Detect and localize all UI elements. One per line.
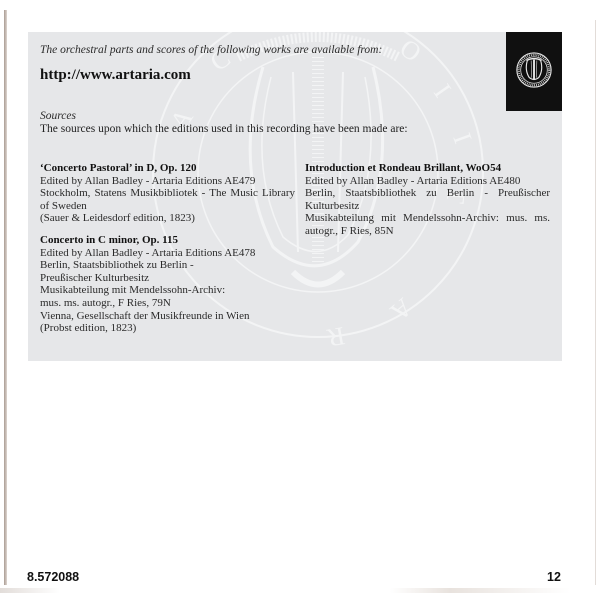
publisher-logo <box>506 32 562 111</box>
svg-text:I: I <box>447 129 477 147</box>
sources-description: The sources upon which the editions used… <box>40 123 408 135</box>
work-source-line: Vienna, Gesellschaft der Musikfreunde in… <box>40 310 295 323</box>
work-entry: Introduction et Rondeau Brillant, WoO54E… <box>305 162 550 238</box>
work-entry: Concerto in C minor, Op. 115Edited by Al… <box>40 234 295 335</box>
publisher-url-link[interactable]: http://www.artaria.com <box>40 67 191 84</box>
page-edge-left <box>4 10 7 585</box>
work-title: Concerto in C minor, Op. 115 <box>40 234 295 247</box>
sources-heading: Sources <box>40 110 76 122</box>
works-column-left: ‘Concerto Pastoral’ in D, Op. 120Edited … <box>40 162 295 344</box>
page-edge-right <box>595 20 596 585</box>
work-source-line: Berlin, Staatsbibliothek zu Berlin - Pre… <box>305 187 550 212</box>
work-source-line: (Probst edition, 1823) <box>40 322 295 335</box>
work-source-line: Edited by Allan Badley - Artaria Edition… <box>305 175 550 188</box>
work-source-line: Edited by Allan Badley - Artaria Edition… <box>40 175 295 188</box>
work-title: ‘Concerto Pastoral’ in D, Op. 120 <box>40 162 295 175</box>
works-column-right: Introduction et Rondeau Brillant, WoO54E… <box>305 162 550 247</box>
work-source-line: Musikabteilung mit Mendelssohn-Archiv: m… <box>305 212 550 237</box>
work-source-line: Edited by Allan Badley - Artaria Edition… <box>40 247 295 260</box>
work-source-line: mus. ms. autogr., F Ries, 79N <box>40 297 295 310</box>
work-source-line: (Sauer & Leidesdorf edition, 1823) <box>40 212 295 225</box>
catalog-number: 8.572088 <box>27 570 79 584</box>
work-title: Introduction et Rondeau Brillant, WoO54 <box>305 162 550 175</box>
availability-note: The orchestral parts and scores of the f… <box>40 44 382 56</box>
svg-text:O: O <box>395 33 427 68</box>
work-source-line: Stockholm, Statens Musikbibliotek - The … <box>40 187 295 212</box>
svg-text:I: I <box>428 79 457 103</box>
page-number: 12 <box>547 570 561 584</box>
work-source-line: Preußischer Kulturbesitz <box>40 272 295 285</box>
sources-panel: A C O I I T A R The orchestral parts and… <box>28 32 562 361</box>
work-source-line: Musikabteilung mit Mendelssohn-Archiv: <box>40 284 295 297</box>
svg-text:R: R <box>324 321 347 347</box>
work-source-line: Berlin, Staatsbibliothek zu Berlin - <box>40 259 295 272</box>
page-edge-bottom <box>0 588 600 593</box>
work-entry: ‘Concerto Pastoral’ in D, Op. 120Edited … <box>40 162 295 225</box>
lyre-seal-icon <box>515 51 553 89</box>
